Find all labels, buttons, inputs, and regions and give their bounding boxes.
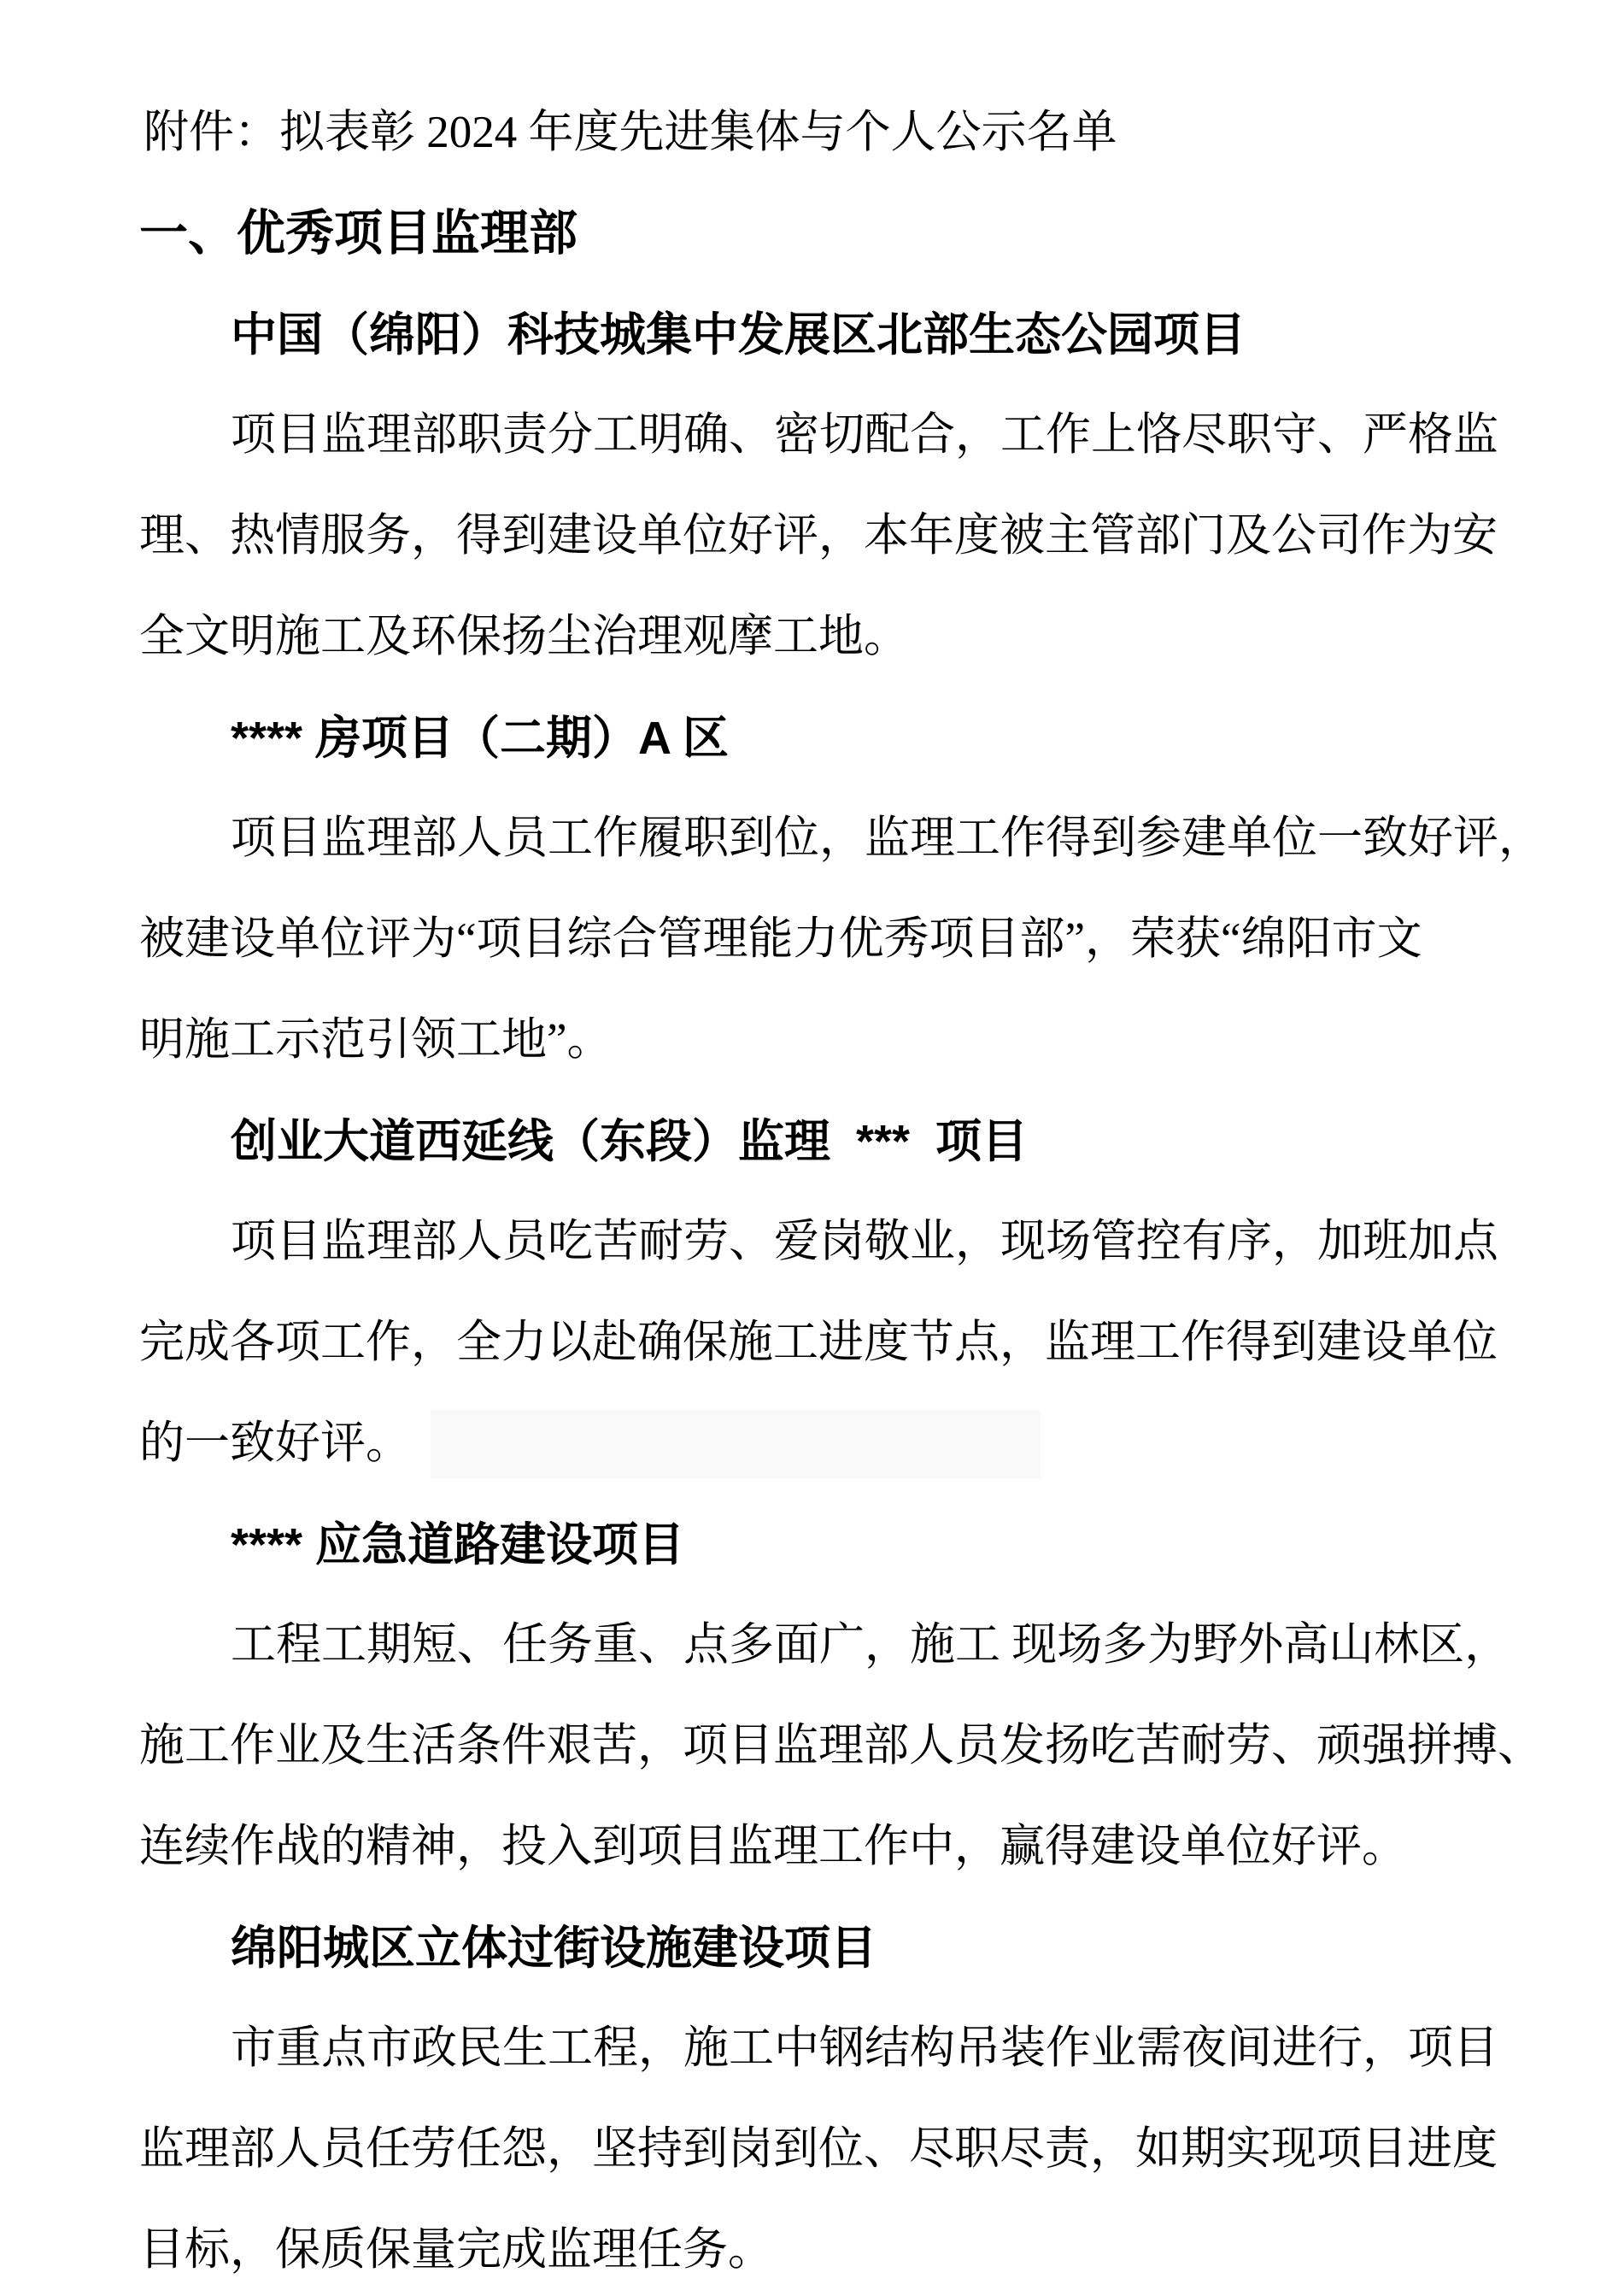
entry-title-1: 中国（绵阳）科技城集中发展区北部生态公园项目	[231, 310, 1246, 360]
body-line: 连续作战的精神，投入到项目监理工作中，赢得建设单位好评。	[139, 1823, 1407, 1871]
body-line: 项目监理部人员工作履职到位，监理工作得到参建单位一致好评，	[231, 814, 1544, 863]
body-line: 理、热情服务，得到建设单位好评，本年度被主管部门及公司作为安	[139, 512, 1498, 561]
entry-title-4: **** 应急道路建设项目	[231, 1520, 684, 1570]
attachment-title: 附件：拟表彰 2024 年度先进集体与个人公示名单	[144, 109, 1117, 157]
highlight-artifact	[431, 1410, 1041, 1478]
body-line: 目标，保质保量完成监理任务。	[139, 2226, 773, 2275]
body-line: 项目监理部人员吃苦耐劳、爱岗敬业，现场管控有序，加班加点	[231, 1218, 1498, 1266]
section-heading: 一、优秀项目监理部	[139, 208, 577, 261]
body-line: 监理部人员任劳任怨，坚持到岗到位、尽职尽责，如期实现项目进度	[139, 2125, 1498, 2174]
body-line: 的一致好评。	[139, 1419, 411, 1468]
document-page: 附件：拟表彰 2024 年度先进集体与个人公示名单 一、优秀项目监理部 中国（绵…	[0, 0, 1624, 2296]
entry-title-5: 绵阳城区立体过街设施建设项目	[231, 1923, 876, 1973]
body-line: 施工作业及生活条件艰苦，项目监理部人员发扬吃苦耐劳、顽强拼搏、	[139, 1722, 1543, 1770]
body-line: 完成各项工作，全力以赴确保施工进度节点，监理工作得到建设单位	[139, 1318, 1498, 1367]
body-line: 工程工期短、任务重、点多面广，施工 现场多为野外高山林区，	[231, 1621, 1510, 1670]
entry-title-2: **** 房项目（二期）A 区	[231, 713, 729, 763]
body-line: 市重点市政民生工程，施工中钢结构吊装作业需夜间进行，项目	[231, 2024, 1498, 2073]
body-line: 被建设单位评为“项目综合管理能力优秀项目部”，荣获“绵阳市文	[139, 915, 1422, 964]
body-line: 明施工示范引领工地”。	[139, 1016, 613, 1065]
body-line: 全文明施工及环保扬尘治理观摩工地。	[139, 613, 909, 661]
entry-title-3: 创业大道西延线（东段）监理 *** 项目	[231, 1117, 1028, 1166]
body-line: 项目监理部职责分工明确、密切配合，工作上恪尽职守、严格监	[231, 411, 1498, 460]
